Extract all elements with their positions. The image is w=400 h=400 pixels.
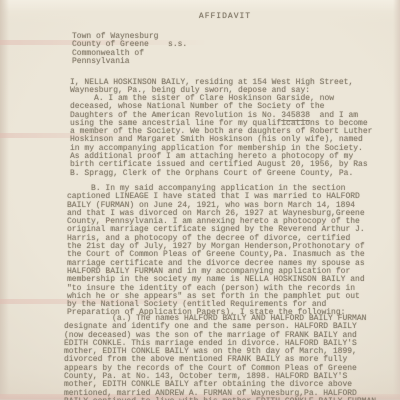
paragraph-b: B. In my said accompanying application i… bbox=[67, 185, 387, 318]
document-title: AFFIDAVIT bbox=[70, 13, 380, 21]
venue-block: Town of Waynesburg County of Greene s.s.… bbox=[72, 33, 187, 66]
paragraph-a1: (a.) The names HALFORD BAILY AND HALFORD… bbox=[64, 315, 394, 400]
scan-artifact-top-strip bbox=[0, 0, 400, 12]
scan-artifact-right-edge bbox=[393, 0, 400, 400]
scanned-affidavit-page: AFFIDAVIT Town of Waynesburg County of G… bbox=[0, 0, 400, 400]
paragraph-a-text-after-number: and I am using the same ancestrial line … bbox=[70, 111, 372, 178]
paragraph-a: A. I am the sister of Clare Hoskinson Ga… bbox=[70, 95, 386, 178]
scan-artifact-left-edge bbox=[0, 0, 9, 400]
